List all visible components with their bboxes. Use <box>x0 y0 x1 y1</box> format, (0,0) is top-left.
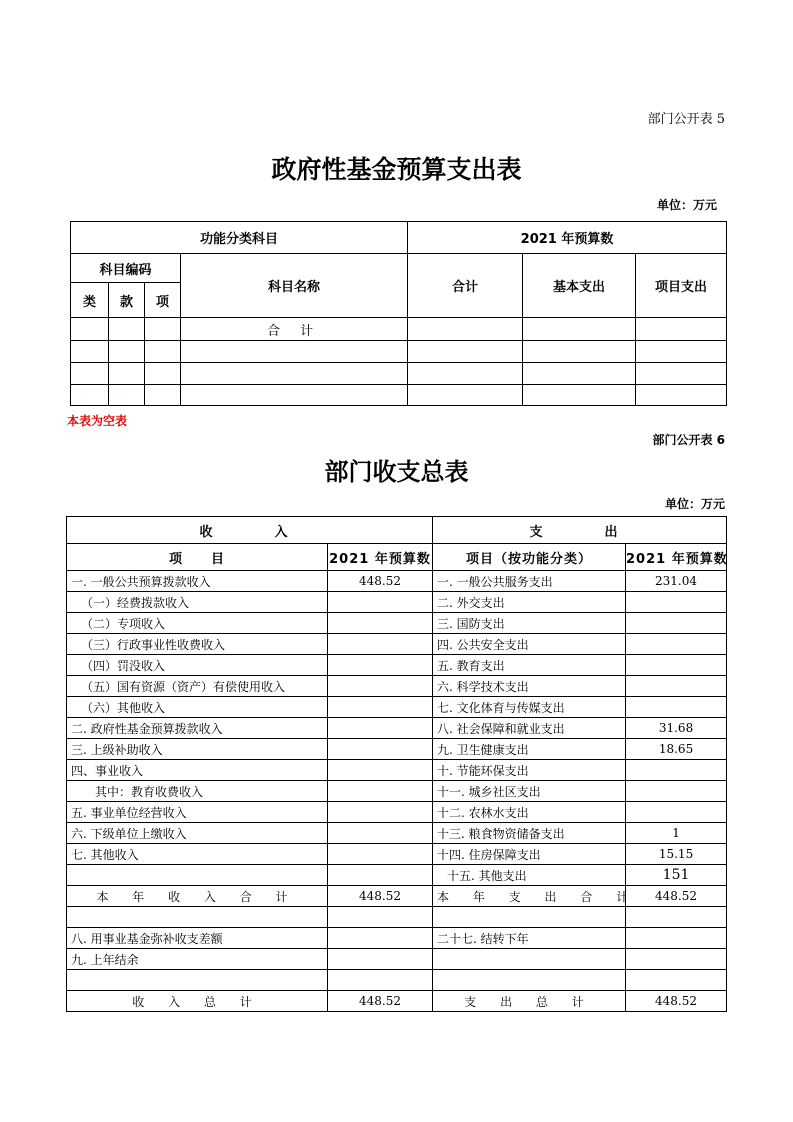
header-project: 项目支出 <box>636 254 727 318</box>
table-row: 九. 上年结余 <box>67 949 727 970</box>
expense-value: 31.68 <box>626 718 727 739</box>
expense-label <box>433 907 626 928</box>
expense-label: 七. 文化体育与传媒支出 <box>433 697 626 718</box>
income-label <box>67 907 328 928</box>
income-label: （三）行政事业性收费收入 <box>67 634 328 655</box>
table6-unit: 单位：万元 <box>665 495 725 512</box>
empty-table-note: 本表为空表 <box>67 412 127 429</box>
year-total-row: 本 年 收 入 合 计 448.52 本 年 支 出 合 计 448.52 <box>67 886 727 907</box>
table-row: 三. 上级补助收入九. 卫生健康支出18.65 <box>67 739 727 760</box>
grand-expense-total-value: 448.52 <box>626 991 727 1012</box>
grand-total-row: 收 入 总 计 448.52 支 出 总 计 448.52 <box>67 991 727 1012</box>
year-income-total-value: 448.52 <box>328 886 433 907</box>
expense-label: 十四. 住房保障支出 <box>433 844 626 865</box>
header-name: 科目名称 <box>181 254 408 318</box>
grand-expense-total-label: 支 出 总 计 <box>433 991 626 1012</box>
expense-label: 十三. 粮食物资储备支出 <box>433 823 626 844</box>
income-label: （五）国有资源（资产）有偿使用收入 <box>67 676 328 697</box>
income-value <box>328 655 433 676</box>
table-row: 其中：教育收费收入十一. 城乡社区支出 <box>67 781 727 802</box>
header-item-func: 项目（按功能分类） <box>433 544 626 571</box>
income-value <box>328 865 433 886</box>
expense-value <box>626 592 727 613</box>
table-row: （五）国有资源（资产）有偿使用收入六. 科学技术支出 <box>67 676 727 697</box>
table-row: 二. 政府性基金预算拨款收入八. 社会保障和就业支出31.68 <box>67 718 727 739</box>
table6-title: 部门收支总表 <box>0 452 793 487</box>
income-label: 其中：教育收费收入 <box>67 781 328 802</box>
table-row <box>71 363 727 385</box>
income-value <box>328 802 433 823</box>
income-value <box>328 823 433 844</box>
expense-value <box>626 928 727 949</box>
table-row <box>71 341 727 363</box>
expense-label <box>433 970 626 991</box>
expense-label: 二. 外交支出 <box>433 592 626 613</box>
income-label: （六）其他收入 <box>67 697 328 718</box>
year-expense-total-label: 本 年 支 出 合 计 <box>433 886 626 907</box>
header-expense: 支 出 <box>433 517 727 544</box>
gov-fund-expense-table: 功能分类科目 2021 年预算数 科目编码 科目名称 合计 基本支出 项目支出 … <box>70 221 727 406</box>
income-value <box>328 739 433 760</box>
income-label: 二. 政府性基金预算拨款收入 <box>67 718 328 739</box>
income-label: 四、事业收入 <box>67 760 328 781</box>
expense-label: 九. 卫生健康支出 <box>433 739 626 760</box>
expense-value <box>626 970 727 991</box>
income-value <box>328 949 433 970</box>
table5-title: 政府性基金预算支出表 <box>0 150 793 186</box>
income-label: （二）专项收入 <box>67 613 328 634</box>
expense-value <box>626 760 727 781</box>
expense-value <box>626 613 727 634</box>
income-value <box>328 760 433 781</box>
header-budget-income: 2021 年预算数 <box>328 544 433 571</box>
income-value <box>328 844 433 865</box>
table-row: （六）其他收入七. 文化体育与传媒支出 <box>67 697 727 718</box>
expense-label: 十二. 农林水支出 <box>433 802 626 823</box>
income-label: 六. 下级单位上缴收入 <box>67 823 328 844</box>
expense-label: 五. 教育支出 <box>433 655 626 676</box>
income-label <box>67 865 328 886</box>
expense-label: 六. 科学技术支出 <box>433 676 626 697</box>
expense-value: 151 <box>626 865 727 886</box>
income-label <box>67 970 328 991</box>
income-label: 九. 上年结余 <box>67 949 328 970</box>
income-value <box>328 634 433 655</box>
header-item: 项 目 <box>67 544 328 571</box>
table-row <box>67 970 727 991</box>
expense-value: 1 <box>626 823 727 844</box>
income-value <box>328 970 433 991</box>
table-row: 四、事业收入十. 节能环保支出 <box>67 760 727 781</box>
grand-income-total-label: 收 入 总 计 <box>67 991 328 1012</box>
year-expense-total-value: 448.52 <box>626 886 727 907</box>
income-value <box>328 697 433 718</box>
income-label: 七. 其他收入 <box>67 844 328 865</box>
table-row: 十五. 其他支出151 <box>67 865 727 886</box>
header-xiang: 项 <box>145 283 181 318</box>
expense-value <box>626 949 727 970</box>
expense-value <box>626 697 727 718</box>
income-label: 五. 事业单位经营收入 <box>67 802 328 823</box>
year-income-total-label: 本 年 收 入 合 计 <box>67 886 328 907</box>
table-row: 五. 事业单位经营收入十二. 农林水支出 <box>67 802 727 823</box>
table-row <box>67 907 727 928</box>
income-label: 三. 上级补助收入 <box>67 739 328 760</box>
expense-label: 八. 社会保障和就业支出 <box>433 718 626 739</box>
expense-label: 十五. 其他支出 <box>433 865 626 886</box>
grand-income-total-value: 448.52 <box>328 991 433 1012</box>
expense-label: 十. 节能环保支出 <box>433 760 626 781</box>
total-label: 合 计 <box>181 318 408 341</box>
expense-value: 18.65 <box>626 739 727 760</box>
expense-value: 15.15 <box>626 844 727 865</box>
expense-label <box>433 949 626 970</box>
expense-value <box>626 655 727 676</box>
expense-value <box>626 676 727 697</box>
header-basic: 基本支出 <box>523 254 636 318</box>
income-value <box>328 907 433 928</box>
expense-label: 一. 一般公共服务支出 <box>433 571 626 592</box>
income-value <box>328 676 433 697</box>
header-kuan: 款 <box>109 283 145 318</box>
income-label: （一）经费拨款收入 <box>67 592 328 613</box>
expense-value <box>626 802 727 823</box>
table-row: （三）行政事业性收费收入四. 公共安全支出 <box>67 634 727 655</box>
table-row: 八. 用事业基金弥补收支差额二十七. 结转下年 <box>67 928 727 949</box>
expense-value <box>626 634 727 655</box>
table-row-total: 合 计 <box>71 318 727 341</box>
income-value <box>328 718 433 739</box>
table-row: 七. 其他收入十四. 住房保障支出15.15 <box>67 844 727 865</box>
income-value <box>328 613 433 634</box>
expense-label: 三. 国防支出 <box>433 613 626 634</box>
income-label: （四）罚没收入 <box>67 655 328 676</box>
header-budget-year: 2021 年预算数 <box>408 222 727 254</box>
page-tag-6: 部门公开表 6 <box>652 431 725 448</box>
page-tag-5: 部门公开表 5 <box>648 108 725 127</box>
header-total: 合计 <box>408 254 523 318</box>
expense-value <box>626 907 727 928</box>
expense-value: 231.04 <box>626 571 727 592</box>
header-func-subject: 功能分类科目 <box>71 222 408 254</box>
header-code: 科目编码 <box>71 254 181 283</box>
expense-value <box>626 781 727 802</box>
table-row: （一）经费拨款收入二. 外交支出 <box>67 592 727 613</box>
income-label: 一. 一般公共预算拨款收入 <box>67 571 328 592</box>
table-row <box>71 385 727 406</box>
expense-label: 四. 公共安全支出 <box>433 634 626 655</box>
table-row: （二）专项收入三. 国防支出 <box>67 613 727 634</box>
income-value <box>328 781 433 802</box>
table-row: （四）罚没收入五. 教育支出 <box>67 655 727 676</box>
income-value: 448.52 <box>328 571 433 592</box>
header-budget-expense: 2021 年预算数 <box>626 544 727 571</box>
income-label: 八. 用事业基金弥补收支差额 <box>67 928 328 949</box>
table-row: 六. 下级单位上缴收入十三. 粮食物资储备支出1 <box>67 823 727 844</box>
income-value <box>328 592 433 613</box>
header-lei: 类 <box>71 283 109 318</box>
expense-label: 二十七. 结转下年 <box>433 928 626 949</box>
expense-label: 十一. 城乡社区支出 <box>433 781 626 802</box>
income-expense-summary-table: 收 入 支 出 项 目 2021 年预算数 项目（按功能分类） 2021 年预算… <box>66 516 727 1012</box>
header-income: 收 入 <box>67 517 433 544</box>
income-value <box>328 928 433 949</box>
table-row: 一. 一般公共预算拨款收入448.52一. 一般公共服务支出231.04 <box>67 571 727 592</box>
table5-unit: 单位：万元 <box>657 196 717 213</box>
